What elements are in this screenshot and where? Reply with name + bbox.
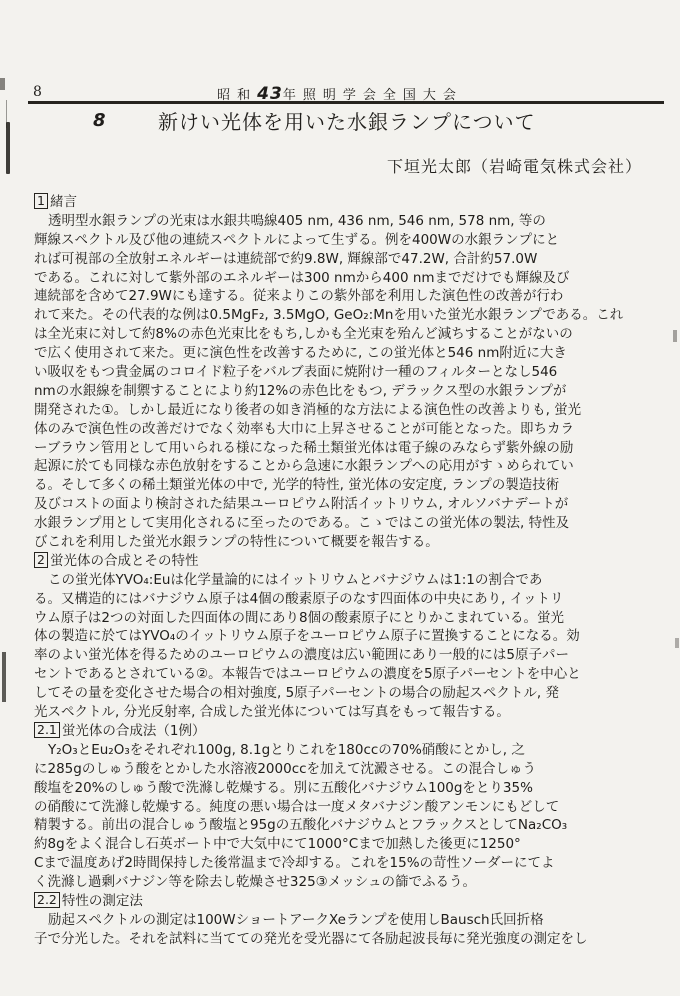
line-text: してその量を変化させた場合の相対強度, 5原子パーセントの場合の励起スペクトル,… bbox=[34, 685, 559, 701]
body-line: びこれを利用した蛍光水銀ランプの特性について概要を報告する。 bbox=[34, 533, 664, 552]
line-text: る。そして多くの稀土類蛍光体の中で, 光学的特性, 蛍光体の安定度, ランプの製… bbox=[34, 477, 559, 493]
line-text: である。これに対して紫外部のエネルギーは300 nmから400 nmまでだけでも… bbox=[34, 270, 570, 286]
body-line: く洗滌し過剰バナジン等を除去し乾燥させ325③メッシュの篩でふるう。 bbox=[34, 873, 664, 892]
body-line: してその量を変化させた場合の相対強度, 5原子パーセントの場合の励起スペクトル,… bbox=[34, 684, 664, 703]
line-text: 連続部を含めて27.9Wにも達する。従来よりこの紫外部を利用した演色性の改善が行… bbox=[34, 288, 563, 304]
body-line: は全光束に対して約8%の赤色光束比をもち,しかも全光束を殆んど減ちすることがない… bbox=[34, 325, 664, 344]
section-heading-line: 1緒言 bbox=[34, 193, 664, 212]
body-line: 及びコストの面より検討された結果ユーロピウム附活イットリウム, オルソバナデート… bbox=[34, 495, 664, 514]
scan-artifact-left-mark-top bbox=[6, 122, 10, 174]
line-text: の硝酸にて洗滌し乾燥する。純度の悪い場合は一度メタバナジン酸アンモンにもどして bbox=[34, 799, 559, 815]
body-line: 透明型水銀ランプの光束は水銀共鳴線405 nm, 436 nm, 546 nm,… bbox=[34, 212, 664, 231]
line-text: 輝線スペクトル及び他の連続スペクトルによって生ずる。例を400Wの水銀ランプにと bbox=[34, 232, 559, 248]
body-text: 1緒言透明型水銀ランプの光束は水銀共鳴線405 nm, 436 nm, 546 … bbox=[34, 193, 664, 949]
line-text: 約8gをよく混合し石英ボート中で大気中にて1000°Cまで加熱した後更に1250… bbox=[34, 836, 521, 852]
body-line: 子で分光した。それを試料に当てての発光を受光器にて各励起波長毎に発光強度の測定を… bbox=[34, 930, 664, 949]
section-heading-line: 2.2特性の測定法 bbox=[34, 892, 664, 911]
body-line: 連続部を含めて27.9Wにも達する。従来よりこの紫外部を利用した演色性の改善が行… bbox=[34, 287, 664, 306]
section-heading-line: 2蛍光体の合成とその特性 bbox=[34, 552, 664, 571]
line-text: この蛍光体YVO₄:Euは化学量論的にはイットリウムとバナジウムは1:1の割合で… bbox=[34, 572, 542, 588]
line-text: 透明型水銀ランプの光束は水銀共鳴線405 nm, 436 nm, 546 nm,… bbox=[34, 213, 546, 229]
body-line: る。又構造的にはバナジウム原子は4個の酸素原子のなす四面体の中央にあり, イット… bbox=[34, 590, 664, 609]
body-line: 率のよい蛍光体を得るためのユーロピウムの濃度は広い範囲にあり一般的には5原子パー bbox=[34, 646, 664, 665]
line-text: 開発された①。しかし最近になり後者の如き消極的な方法による演色性の改善よりも, … bbox=[34, 402, 581, 418]
body-line: 精製する。前出の混合しゅう酸塩と95gの五酸化バナジウムとフラックスとしてNa₂… bbox=[34, 816, 664, 835]
line-text: Y₂O₃とEu₂O₃をそれぞれ100g, 8.1gとりこれを180ccの70%硝… bbox=[34, 742, 525, 758]
scan-artifact-corner-mark bbox=[0, 78, 5, 90]
line-text: セントであるとされている②。本報告ではユーロピウムの濃度を5原子パーセントを中心… bbox=[34, 666, 581, 682]
line-text: れば可視部の全放射エネルギーは連続部で約9.8W, 輝線部で47.2W, 合計約… bbox=[34, 251, 537, 267]
body-line: Y₂O₃とEu₂O₃をそれぞれ100g, 8.1gとりこれを180ccの70%硝… bbox=[34, 741, 664, 760]
section-number-box: 2.2 bbox=[34, 892, 60, 908]
line-text: 率のよい蛍光体を得るためのユーロピウムの濃度は広い範囲にあり一般的には5原子パー bbox=[34, 647, 569, 663]
line-text: く洗滌し過剰バナジン等を除去し乾燥させ325③メッシュの篩でふるう。 bbox=[34, 874, 476, 890]
line-text: る。又構造的にはバナジウム原子は4個の酸素原子のなす四面体の中央にあり, イット… bbox=[34, 591, 564, 607]
body-line: れば可視部の全放射エネルギーは連続部で約9.8W, 輝線部で47.2W, 合計約… bbox=[34, 250, 664, 269]
section-number-box: 2 bbox=[34, 552, 48, 568]
line-text: 体の製造に於てはYVO₄のイットリウム原子をユーロピウム原子に置換することになる… bbox=[34, 628, 580, 644]
line-text: 特性の測定法 bbox=[62, 893, 143, 909]
body-line: ウム原子は2つの対面した四面体の間にあり8個の酸素原子にとりかこまれている。蛍光 bbox=[34, 609, 664, 628]
line-text: 子で分光した。それを試料に当てての発光を受光器にて各励起波長毎に発光強度の測定を… bbox=[34, 931, 588, 947]
body-line: 酸塩を20%のしゅう酸で洗滌し乾燥する。別に五酸化バナジウム100gをとり35% bbox=[34, 779, 664, 798]
scan-artifact-left-mark-middle bbox=[2, 652, 6, 702]
body-line: である。これに対して紫外部のエネルギーは300 nmから400 nmまでだけでも… bbox=[34, 269, 664, 288]
article-author: 下垣光太郎（岩崎電気株式会社） bbox=[387, 154, 642, 177]
body-line: 光スペクトル, 分光反射率, 合成した蛍光体については写真をもって報告する。 bbox=[34, 703, 664, 722]
body-line: 開発された①。しかし最近になり後者の如き消極的な方法による演色性の改善よりも, … bbox=[34, 401, 664, 420]
line-text: 緒言 bbox=[50, 194, 77, 210]
body-line: 約8gをよく混合し石英ボート中で大気中にて1000°Cまで加熱した後更に1250… bbox=[34, 835, 664, 854]
body-line: 輝線スペクトル及び他の連続スペクトルによって生ずる。例を400Wの水銀ランプにと bbox=[34, 231, 664, 250]
body-line: ーブラウン管用として用いられる様になった稀土類蛍光体は電子線のみならず紫外線の励 bbox=[34, 439, 664, 458]
body-line: 起源に於ても同様な赤色放射をすることから急速に水銀ランプへの応用がすゝめられてい bbox=[34, 457, 664, 476]
section-number-box: 1 bbox=[34, 193, 48, 209]
body-line: この蛍光体YVO₄:Euは化学量論的にはイットリウムとバナジウムは1:1の割合で… bbox=[34, 571, 664, 590]
line-text: 及びコストの面より検討された結果ユーロピウム附活イットリウム, オルソバナデート… bbox=[34, 496, 568, 512]
body-line: 水銀ランプ用として実用化されるに至ったのである。こゝではこの蛍光体の製法, 特性… bbox=[34, 514, 664, 533]
line-text: で広く使用されて来た。更に演色性を改善するために, この蛍光体と546 nm附近… bbox=[34, 345, 567, 361]
line-text: に285gのしゅう酸をとかした水溶液2000ccを加えて沈澱させる。この混合しゅ… bbox=[34, 761, 536, 777]
line-text: ーブラウン管用として用いられる様になった稀土類蛍光体は電子線のみならず紫外線の励 bbox=[34, 440, 573, 456]
line-text: 蛍光体の合成とその特性 bbox=[50, 553, 199, 569]
section-number-box: 2.1 bbox=[34, 722, 60, 738]
line-text: nmの水銀線を制禦することにより約12%の赤色比をもつ, デラックス型の水銀ラン… bbox=[34, 383, 566, 399]
line-text: 起源に於ても同様な赤色放射をすることから急速に水銀ランプへの応用がすゝめられてい bbox=[34, 458, 574, 474]
body-line: 体のみで演色性の改善だけでなく効率も大巾に上昇させることが可能となった。即ちカラ bbox=[34, 420, 664, 439]
body-line: セントであるとされている②。本報告ではユーロピウムの濃度を5原子パーセントを中心… bbox=[34, 665, 664, 684]
body-line: い吸収をもつ貴金属のコロイド粒子をバルブ表面に焼附け一種のフィルターとなし546 bbox=[34, 363, 664, 382]
body-line: で広く使用されて来た。更に演色性を改善するために, この蛍光体と546 nm附近… bbox=[34, 344, 664, 363]
scan-artifact-right-speck-2 bbox=[675, 638, 679, 648]
scanned-paper-page: 8 昭和43年照明学会全国大会 8 新けい光体を用いた水銀ランプについて 下垣光… bbox=[0, 0, 680, 996]
body-line: nmの水銀線を制禦することにより約12%の赤色比をもつ, デラックス型の水銀ラン… bbox=[34, 382, 664, 401]
line-text: れて来た。その代表的な例は0.5MgF₂, 3.5MgO, GeO₂:Mnを用い… bbox=[34, 307, 623, 323]
line-text: 水銀ランプ用として実用化されるに至ったのである。こゝではこの蛍光体の製法, 特性… bbox=[34, 515, 569, 531]
line-text: びこれを利用した蛍光水銀ランプの特性について概要を報告する。 bbox=[34, 534, 439, 550]
scan-artifact-right-speck-1 bbox=[673, 330, 677, 342]
header-rule bbox=[28, 101, 664, 104]
line-text: 励起スペクトルの測定は100WショートアークXeランプを使用しBausch氏回折… bbox=[34, 912, 544, 928]
article-number: 8 bbox=[93, 110, 106, 131]
body-line: Cまで温度あげ2時間保持した後常温まで冷却する。これを15%の苛性ソーダーにてよ bbox=[34, 854, 664, 873]
line-text: 酸塩を20%のしゅう酸で洗滌し乾燥する。別に五酸化バナジウム100gをとり35% bbox=[34, 780, 533, 796]
line-text: 蛍光体の合成法（1例） bbox=[62, 723, 206, 739]
body-line: 励起スペクトルの測定は100WショートアークXeランプを使用しBausch氏回折… bbox=[34, 911, 664, 930]
line-text: 光スペクトル, 分光反射率, 合成した蛍光体については写真をもって報告する。 bbox=[34, 704, 510, 720]
line-text: い吸収をもつ貴金属のコロイド粒子をバルブ表面に焼附け一種のフィルターとなし546 bbox=[34, 364, 557, 380]
section-heading-line: 2.1蛍光体の合成法（1例） bbox=[34, 722, 664, 741]
line-text: は全光束に対して約8%の赤色光束比をもち,しかも全光束を殆んど減ちすることがない… bbox=[34, 326, 573, 342]
line-text: 精製する。前出の混合しゅう酸塩と95gの五酸化バナジウムとフラックスとしてNa₂… bbox=[34, 817, 567, 833]
line-text: 体のみで演色性の改善だけでなく効率も大巾に上昇させることが可能となった。即ちカラ bbox=[34, 421, 574, 437]
body-line: 体の製造に於てはYVO₄のイットリウム原子をユーロピウム原子に置換することになる… bbox=[34, 627, 664, 646]
line-text: ウム原子は2つの対面した四面体の間にあり8個の酸素原子にとりかこまれている。蛍光 bbox=[34, 610, 564, 626]
body-line: の硝酸にて洗滌し乾燥する。純度の悪い場合は一度メタバナジン酸アンモンにもどして bbox=[34, 798, 664, 817]
article-title: 新けい光体を用いた水銀ランプについて bbox=[158, 106, 536, 135]
line-text: Cまで温度あげ2時間保持した後常温まで冷却する。これを15%の苛性ソーダーにてよ bbox=[34, 855, 555, 871]
body-line: に285gのしゅう酸をとかした水溶液2000ccを加えて沈澱させる。この混合しゅ… bbox=[34, 760, 664, 779]
body-line: れて来た。その代表的な例は0.5MgF₂, 3.5MgO, GeO₂:Mnを用い… bbox=[34, 306, 664, 325]
body-line: る。そして多くの稀土類蛍光体の中で, 光学的特性, 蛍光体の安定度, ランプの製… bbox=[34, 476, 664, 495]
